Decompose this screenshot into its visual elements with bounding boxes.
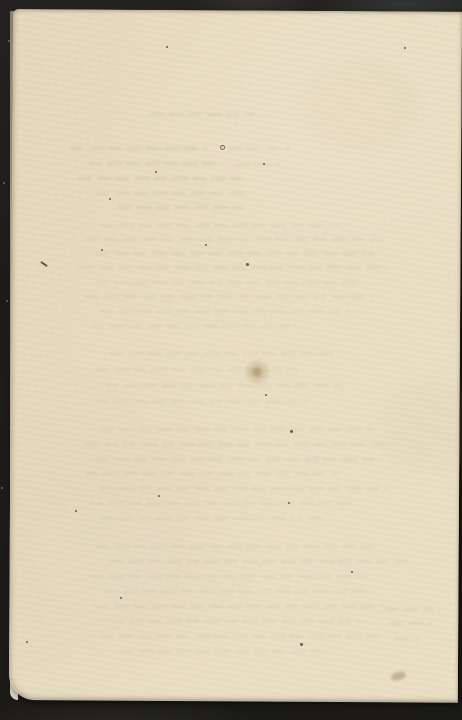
ink-speck xyxy=(205,244,207,246)
ghost-text-line xyxy=(385,608,433,611)
ghost-text-line xyxy=(395,637,421,640)
ghost-text-line xyxy=(120,650,320,653)
ink-speck xyxy=(351,571,353,573)
ghost-text-line xyxy=(88,162,220,165)
ghost-text-line xyxy=(70,147,208,150)
ghost-text-line xyxy=(150,113,255,116)
ghost-text-line xyxy=(90,502,352,505)
ghost-text-line xyxy=(100,517,322,520)
ghost-text-line xyxy=(85,238,383,241)
ghost-text-line xyxy=(110,560,408,563)
ghost-text-line xyxy=(100,310,352,313)
ghost-text-line xyxy=(95,545,377,548)
scan-stage xyxy=(0,0,462,720)
mat-dust-speck xyxy=(6,300,8,302)
ghost-text-line xyxy=(228,147,290,150)
ink-ring-speck xyxy=(220,145,225,150)
ghost-text-line xyxy=(390,622,432,625)
paper-tone-patch xyxy=(380,380,462,470)
ghost-text-line xyxy=(100,224,342,227)
ghost-text-line xyxy=(95,400,307,403)
ghost-text-line xyxy=(110,620,362,623)
ink-speck xyxy=(120,597,122,599)
brown-stain xyxy=(244,359,270,385)
ink-speck xyxy=(404,47,406,49)
ink-speck xyxy=(75,510,77,512)
mat-dust-speck xyxy=(3,182,5,184)
ink-speck xyxy=(109,198,111,200)
ghost-text-line xyxy=(95,252,377,255)
ghost-text-line xyxy=(95,605,383,608)
ghost-text-line xyxy=(90,575,368,578)
scan-marks-layer xyxy=(0,0,462,720)
ghost-text-line xyxy=(100,428,372,431)
ghost-text-line xyxy=(105,384,343,387)
ink-speck xyxy=(101,249,103,251)
ink-speck xyxy=(158,495,160,497)
ink-speck xyxy=(263,163,265,165)
ink-speck xyxy=(155,171,157,173)
ghost-text-line xyxy=(105,590,367,593)
ghost-text-line xyxy=(85,295,373,298)
ghost-text-line xyxy=(95,281,357,284)
ghost-text-line xyxy=(85,472,337,475)
ghost-text-line xyxy=(236,163,280,166)
ghost-text-line xyxy=(96,192,248,195)
ghost-text-line xyxy=(80,266,388,269)
ghost-text-line xyxy=(85,443,383,446)
ghost-text-line xyxy=(100,635,378,638)
smudge-mark xyxy=(390,670,407,682)
ghost-text-line xyxy=(110,352,338,355)
ink-speck xyxy=(166,46,168,48)
ghost-text-line xyxy=(90,325,290,328)
mat-dust-speck xyxy=(8,40,10,42)
ink-speck xyxy=(288,502,290,504)
ink-speck xyxy=(246,263,249,266)
fiber-mark xyxy=(40,261,48,267)
ghost-text-line xyxy=(100,487,388,490)
mat-dust-speck xyxy=(1,487,3,489)
ink-speck xyxy=(265,394,267,396)
ghost-text-line xyxy=(118,206,248,209)
ghost-text-line xyxy=(78,177,250,180)
ink-speck xyxy=(300,643,303,646)
paper-tone-patch xyxy=(300,60,420,150)
ink-speck xyxy=(290,430,293,433)
ghost-text-line xyxy=(95,458,377,461)
ink-speck xyxy=(26,641,28,643)
